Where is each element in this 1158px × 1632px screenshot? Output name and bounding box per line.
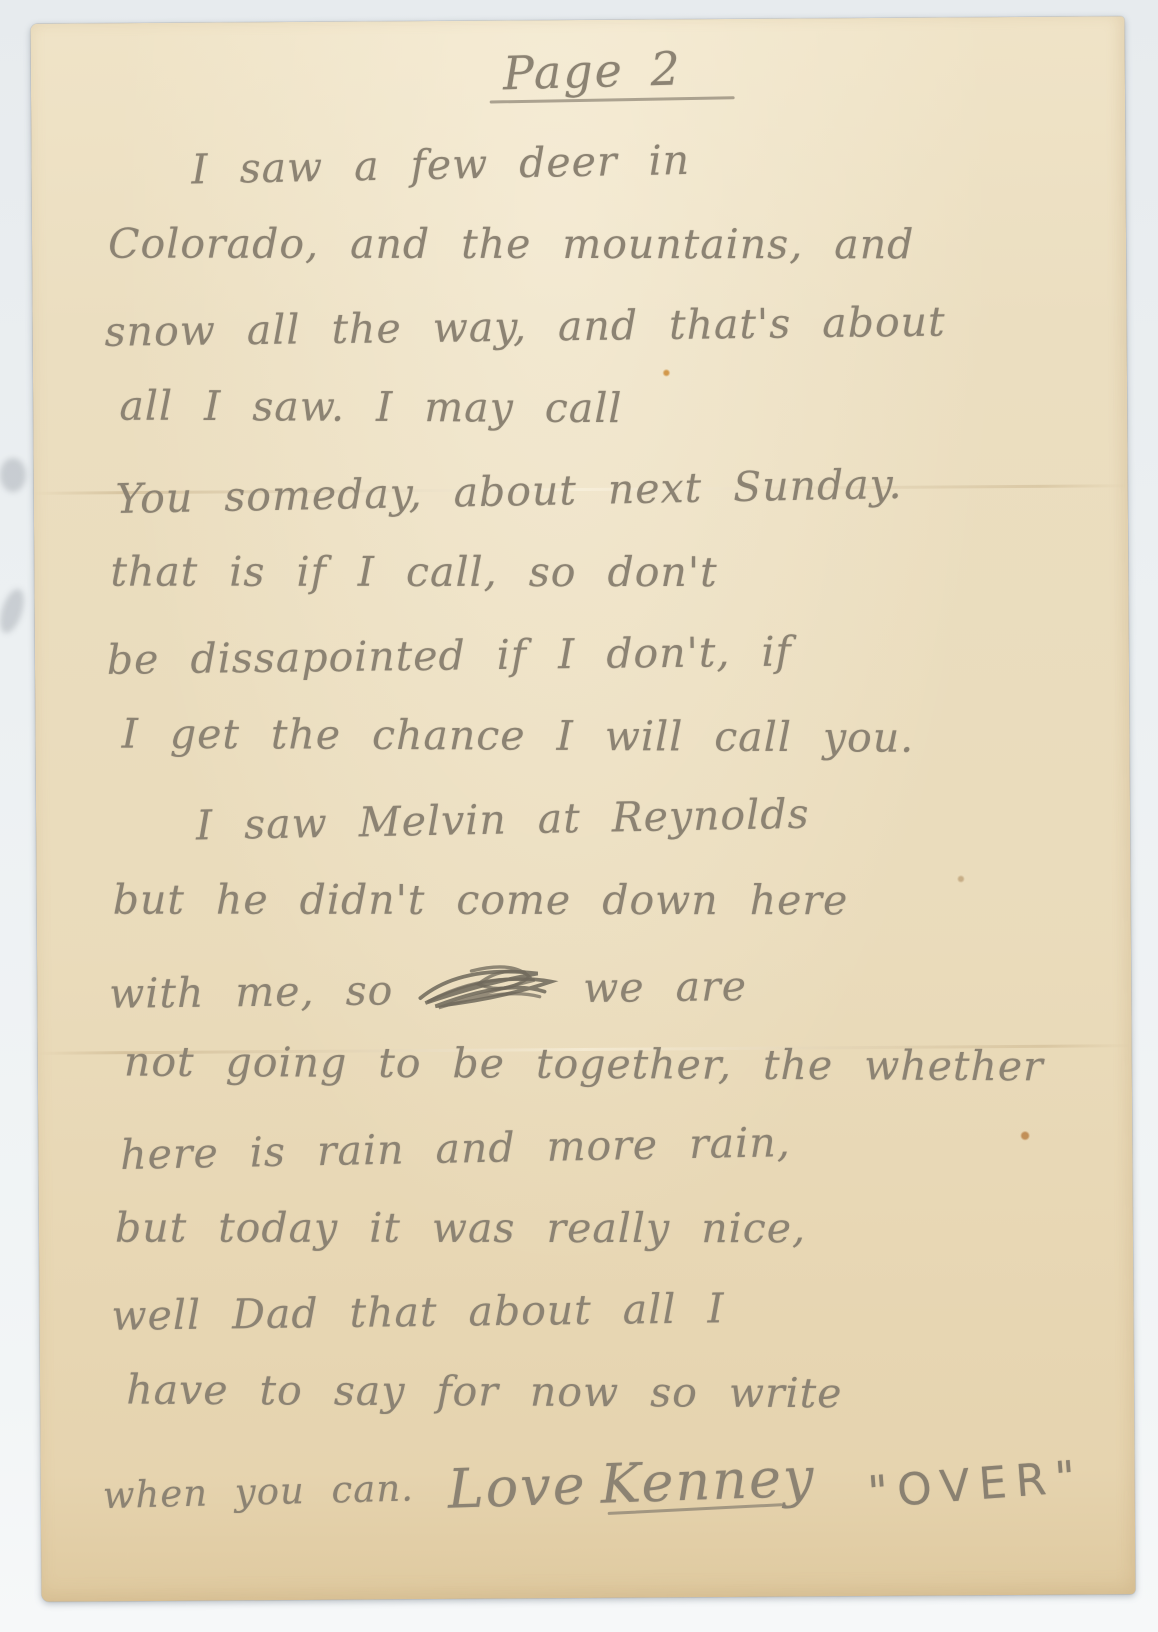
letter-line-text: I get the chance I will call you. bbox=[122, 710, 915, 762]
over-label: "OVER" bbox=[866, 1451, 1090, 1519]
letter-line: but he didn't come down here bbox=[75, 876, 1097, 959]
letter-line-text: snow all the way, and that's about bbox=[104, 298, 946, 356]
letter-line-text: Colorado, and the mountains, and bbox=[108, 220, 914, 269]
letter-line-text-after: we are bbox=[583, 962, 747, 1012]
letter-line: but today it was really nice, bbox=[77, 1204, 1099, 1287]
letter-line-text: I saw a few deer in bbox=[191, 136, 691, 194]
letter-line: snow all the way, and that's about bbox=[66, 296, 1089, 390]
letter-line: be dissapointed if I don't, if bbox=[69, 624, 1092, 718]
bleed-through-mark bbox=[0, 458, 26, 492]
signature-prefix: Love bbox=[447, 1453, 588, 1521]
letter-line-text: but today it was really nice, bbox=[115, 1204, 806, 1253]
page-title-row: Page 2 bbox=[31, 40, 1125, 102]
letter-line: I get the chance I will call you. bbox=[83, 709, 1105, 796]
letter-line-text: be dissapointed if I don't, if bbox=[107, 627, 792, 683]
letter-line: Colorado, and the mountains, and bbox=[70, 220, 1092, 303]
letter-line: You someday, about next Sunday. bbox=[77, 456, 1100, 558]
letter-line-text: but he didn't come down here bbox=[113, 876, 849, 925]
closing-text: when you can. bbox=[102, 1466, 414, 1517]
letter-line-text: all I saw. I may call bbox=[119, 382, 622, 433]
closing-line: when you can. LoveKenney "OVER" bbox=[103, 1448, 1089, 1518]
letter-line: all I saw. I may call bbox=[81, 381, 1103, 468]
letter-line-text: that is if I call, so don't bbox=[110, 548, 717, 597]
letter-line: here is rain and more rain, bbox=[82, 1112, 1105, 1214]
signature: LoveKenney bbox=[447, 1446, 817, 1521]
letter-line: that is if I call, so don't bbox=[72, 548, 1094, 631]
letter-line: well Dad that about all I bbox=[73, 1280, 1096, 1374]
letter-line: I saw Melvin at Reynolds bbox=[79, 784, 1102, 886]
letter-line: not going to be together, the whether bbox=[86, 1037, 1108, 1124]
letter-line-text: You someday, about next Sunday. bbox=[115, 460, 903, 523]
letter-line: with me, so we are bbox=[71, 952, 1094, 1046]
letter-body: I saw a few deer inColorado, and the mou… bbox=[69, 134, 1100, 1453]
letter-line-text: I saw Melvin at Reynolds bbox=[195, 790, 809, 850]
letter-line-text: not going to be together, the whether bbox=[124, 1038, 1044, 1091]
scribbled-out-word-icon bbox=[399, 958, 578, 1018]
letter-line-text: here is rain and more rain, bbox=[120, 1118, 791, 1179]
bleed-through-mark bbox=[0, 586, 29, 636]
letter-line-text: have to say for now so write bbox=[126, 1366, 842, 1418]
page-title: Page 2 bbox=[502, 41, 682, 100]
letter-line: I saw a few deer in bbox=[75, 128, 1098, 230]
letter-line-text: well Dad that about all I bbox=[111, 1284, 725, 1339]
signature-name: Kenney bbox=[600, 1446, 817, 1516]
letter-line-text-before: with me, so bbox=[109, 966, 394, 1017]
letter-line: have to say for now so write bbox=[88, 1365, 1110, 1452]
letter-paper: Page 2 I saw a few deer inColorado, and … bbox=[31, 16, 1136, 1602]
